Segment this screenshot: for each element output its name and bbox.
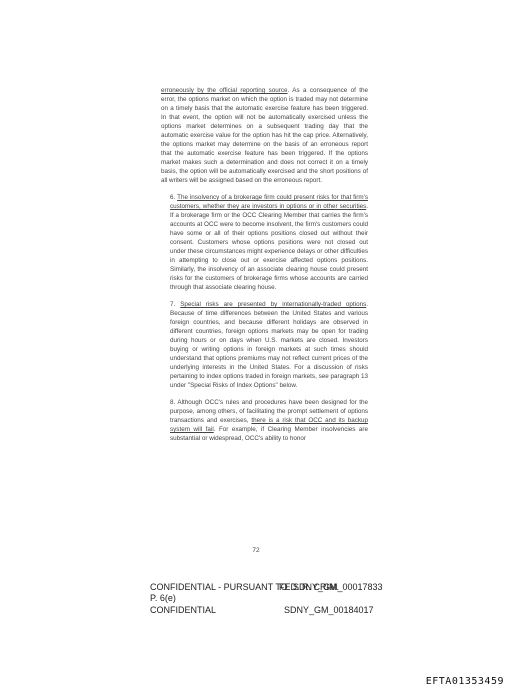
underlined-phrase: erroneously by the official reporting so… — [161, 87, 288, 94]
footer-confidential-notice: CONFIDENTIAL - PURSUANT TO — [150, 582, 288, 593]
paragraph-8: 8. Although OCC's rules and procedures h… — [161, 398, 368, 443]
underlined-phrase: The insolvency of a brokerage firm could… — [170, 194, 368, 210]
page-number: 72 — [0, 547, 512, 554]
paragraph-number: 7. — [170, 301, 180, 308]
footer-rule-ref: P. 6(e) — [150, 593, 176, 604]
underlined-phrase: Special risks are presented by internati… — [180, 301, 366, 308]
paragraph-7: 7. Special risks are presented by intern… — [161, 300, 368, 390]
paragraph-text: . Because of time differences between th… — [170, 301, 368, 389]
efta-stamp: EFTA01353459 — [426, 676, 504, 687]
paragraph-text: . As a consequence of the error, the opt… — [161, 87, 368, 184]
paragraph-6: 6. The insolvency of a brokerage firm co… — [161, 193, 368, 292]
paragraph-5-continued: erroneously by the official reporting so… — [161, 86, 368, 185]
document-body: erroneously by the official reporting so… — [161, 86, 368, 443]
footer-bates-number: SDNY_GM_00184017 — [284, 605, 374, 615]
footer-confidential-label: CONFIDENTIAL — [150, 605, 216, 616]
footer-overlay-bates: SDNY_GM_00017833 — [293, 582, 383, 593]
paragraph-text: . If a brokerage firm or the OCC Clearin… — [170, 203, 368, 291]
